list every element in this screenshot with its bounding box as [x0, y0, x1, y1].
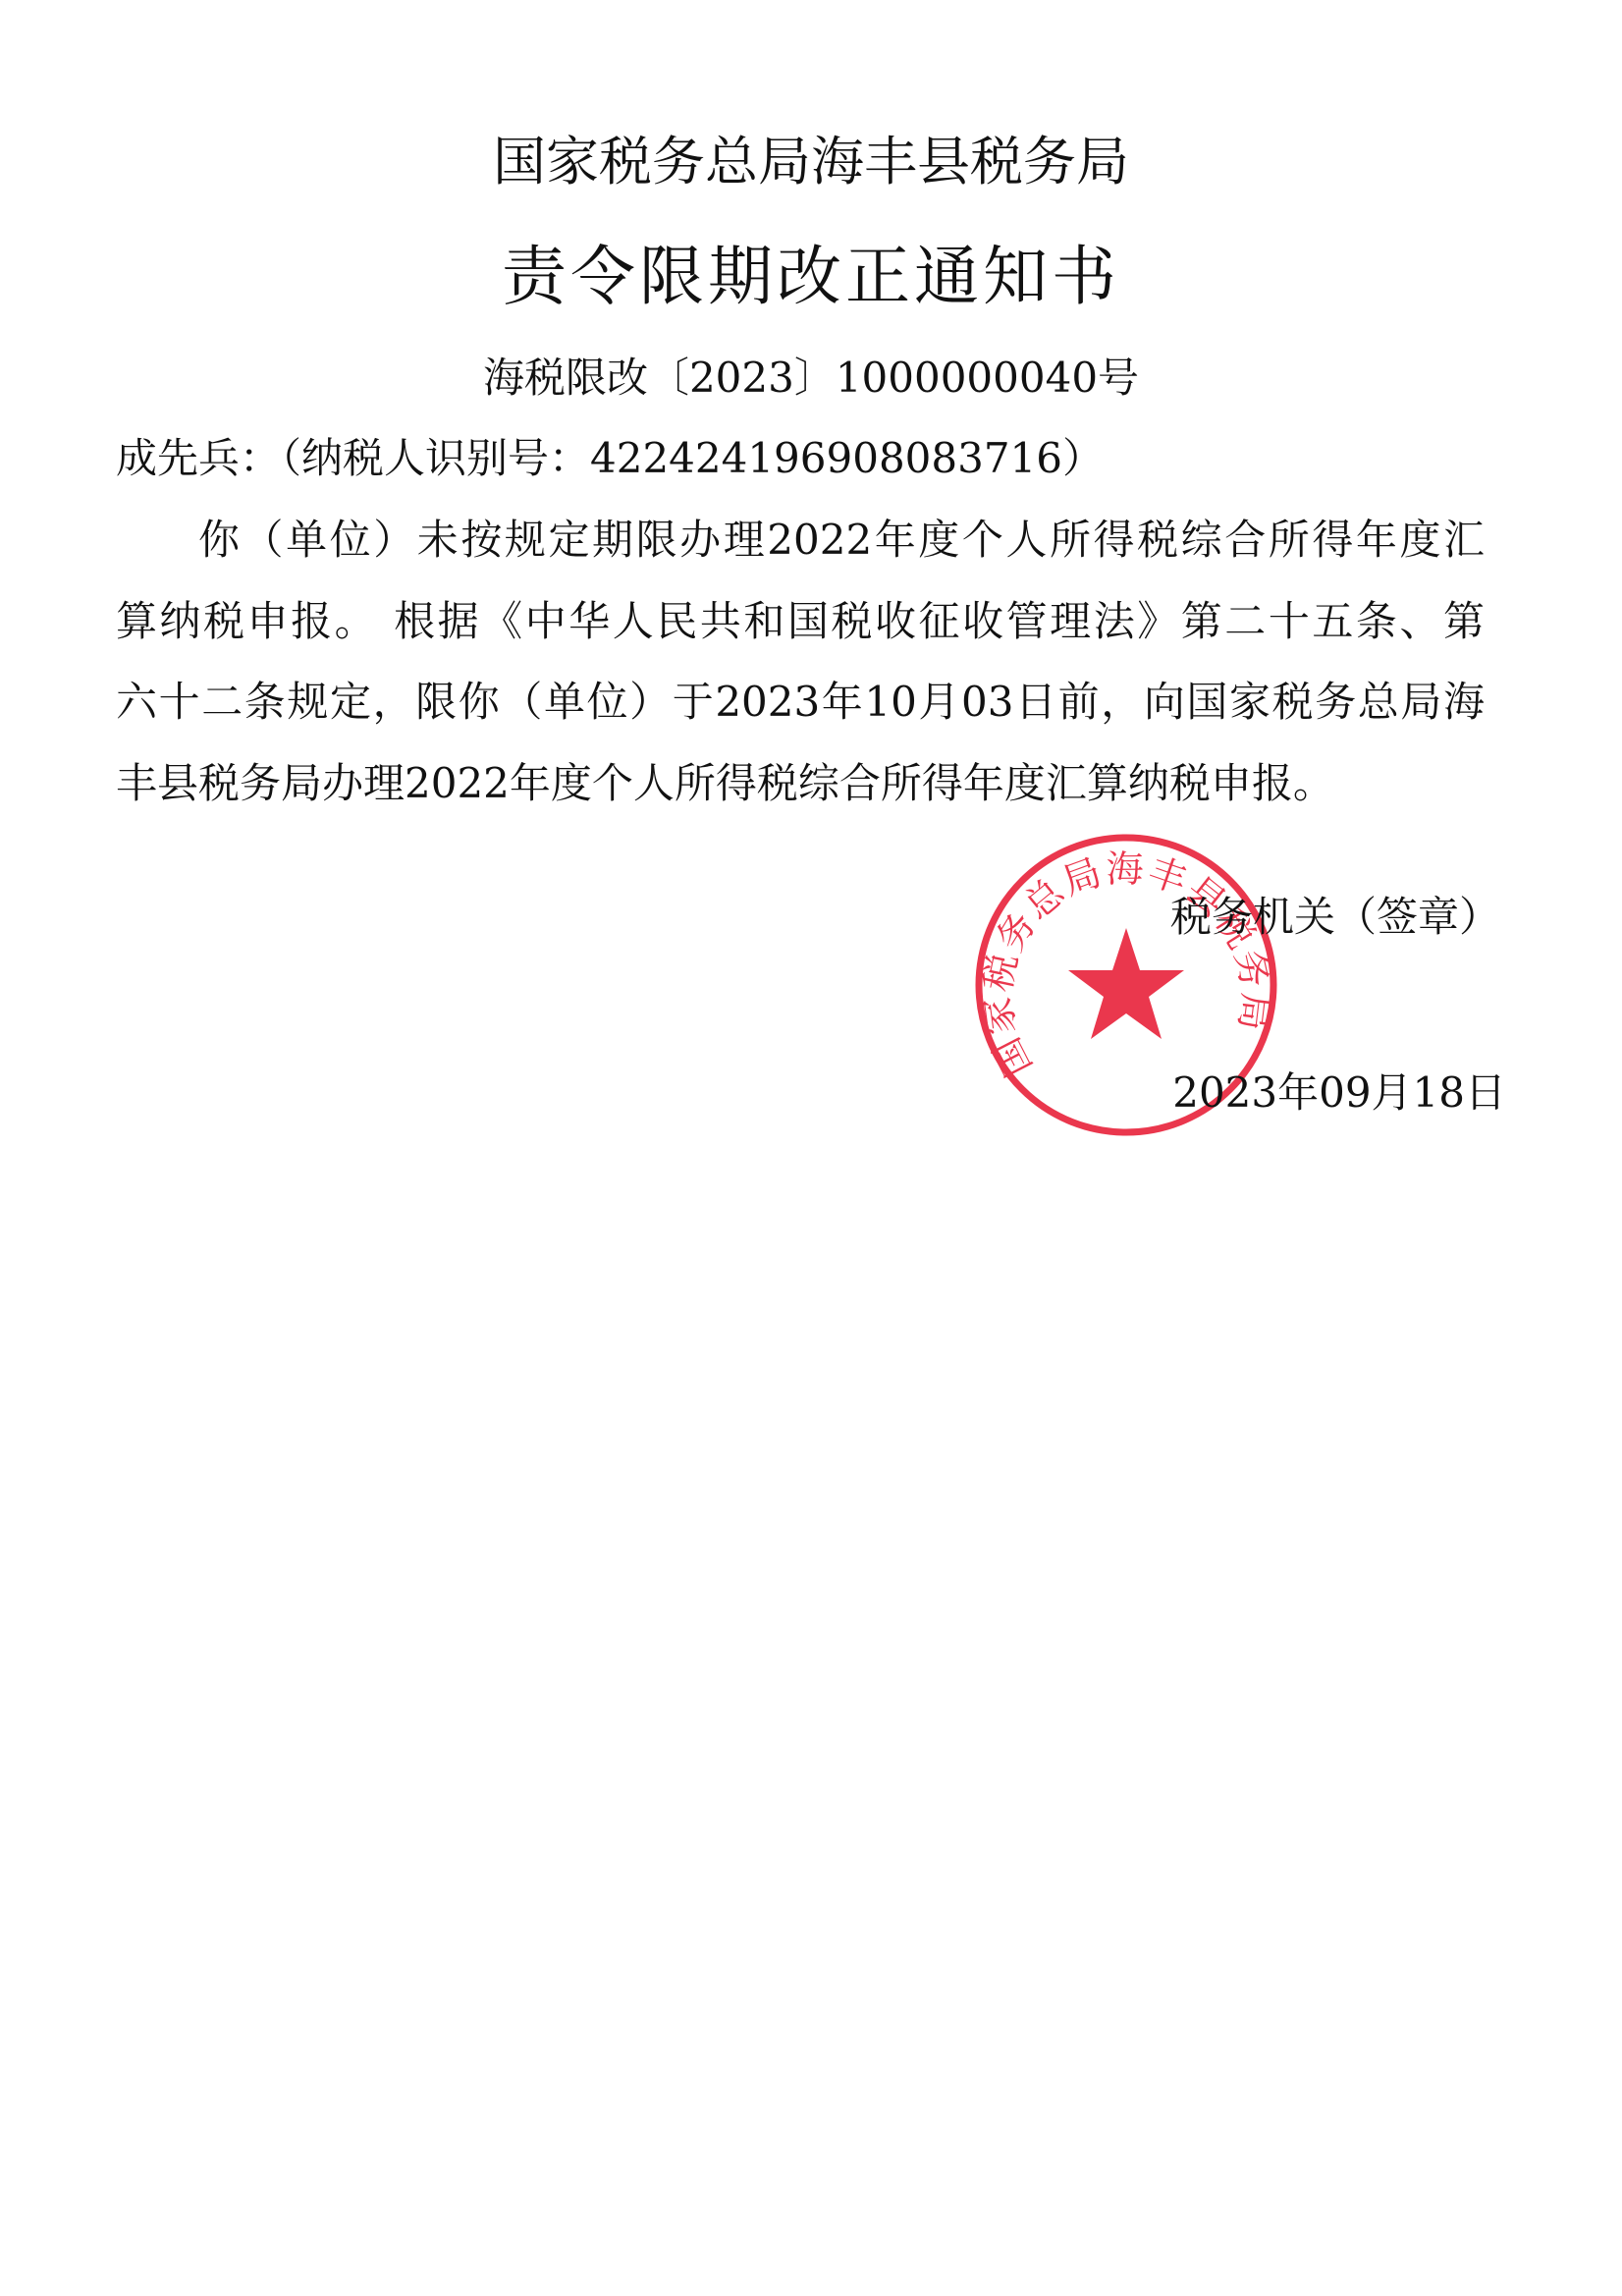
star-icon — [1068, 928, 1184, 1039]
issuing-organization: 国家税务总局海丰县税务局 — [0, 128, 1622, 196]
body-line: 丰县税务局办理2022年度个人所得税综合所得年度汇算纳税申报。 — [116, 754, 1485, 813]
issue-date: 2023年09月18日 — [1172, 1064, 1506, 1122]
signature-label: 税务机关（签章） — [1170, 888, 1500, 947]
addressee: 成先兵：（纳税人识别号：422424196908083716） — [116, 429, 1104, 488]
body-line: 六十二条规定，限你（单位）于2023年10月03日前，向国家税务总局海 — [116, 673, 1485, 732]
body-line: 算纳税申报。 根据《中华人民共和国税收征收管理法》第二十五条、第 — [116, 592, 1485, 651]
document-number: 海税限改〔2023〕1000000040号 — [0, 349, 1622, 408]
document-title: 责令限期改正通知书 — [0, 236, 1622, 318]
body-line: 你（单位）未按规定期限办理2022年度个人所得税综合所得年度汇 — [198, 511, 1485, 570]
